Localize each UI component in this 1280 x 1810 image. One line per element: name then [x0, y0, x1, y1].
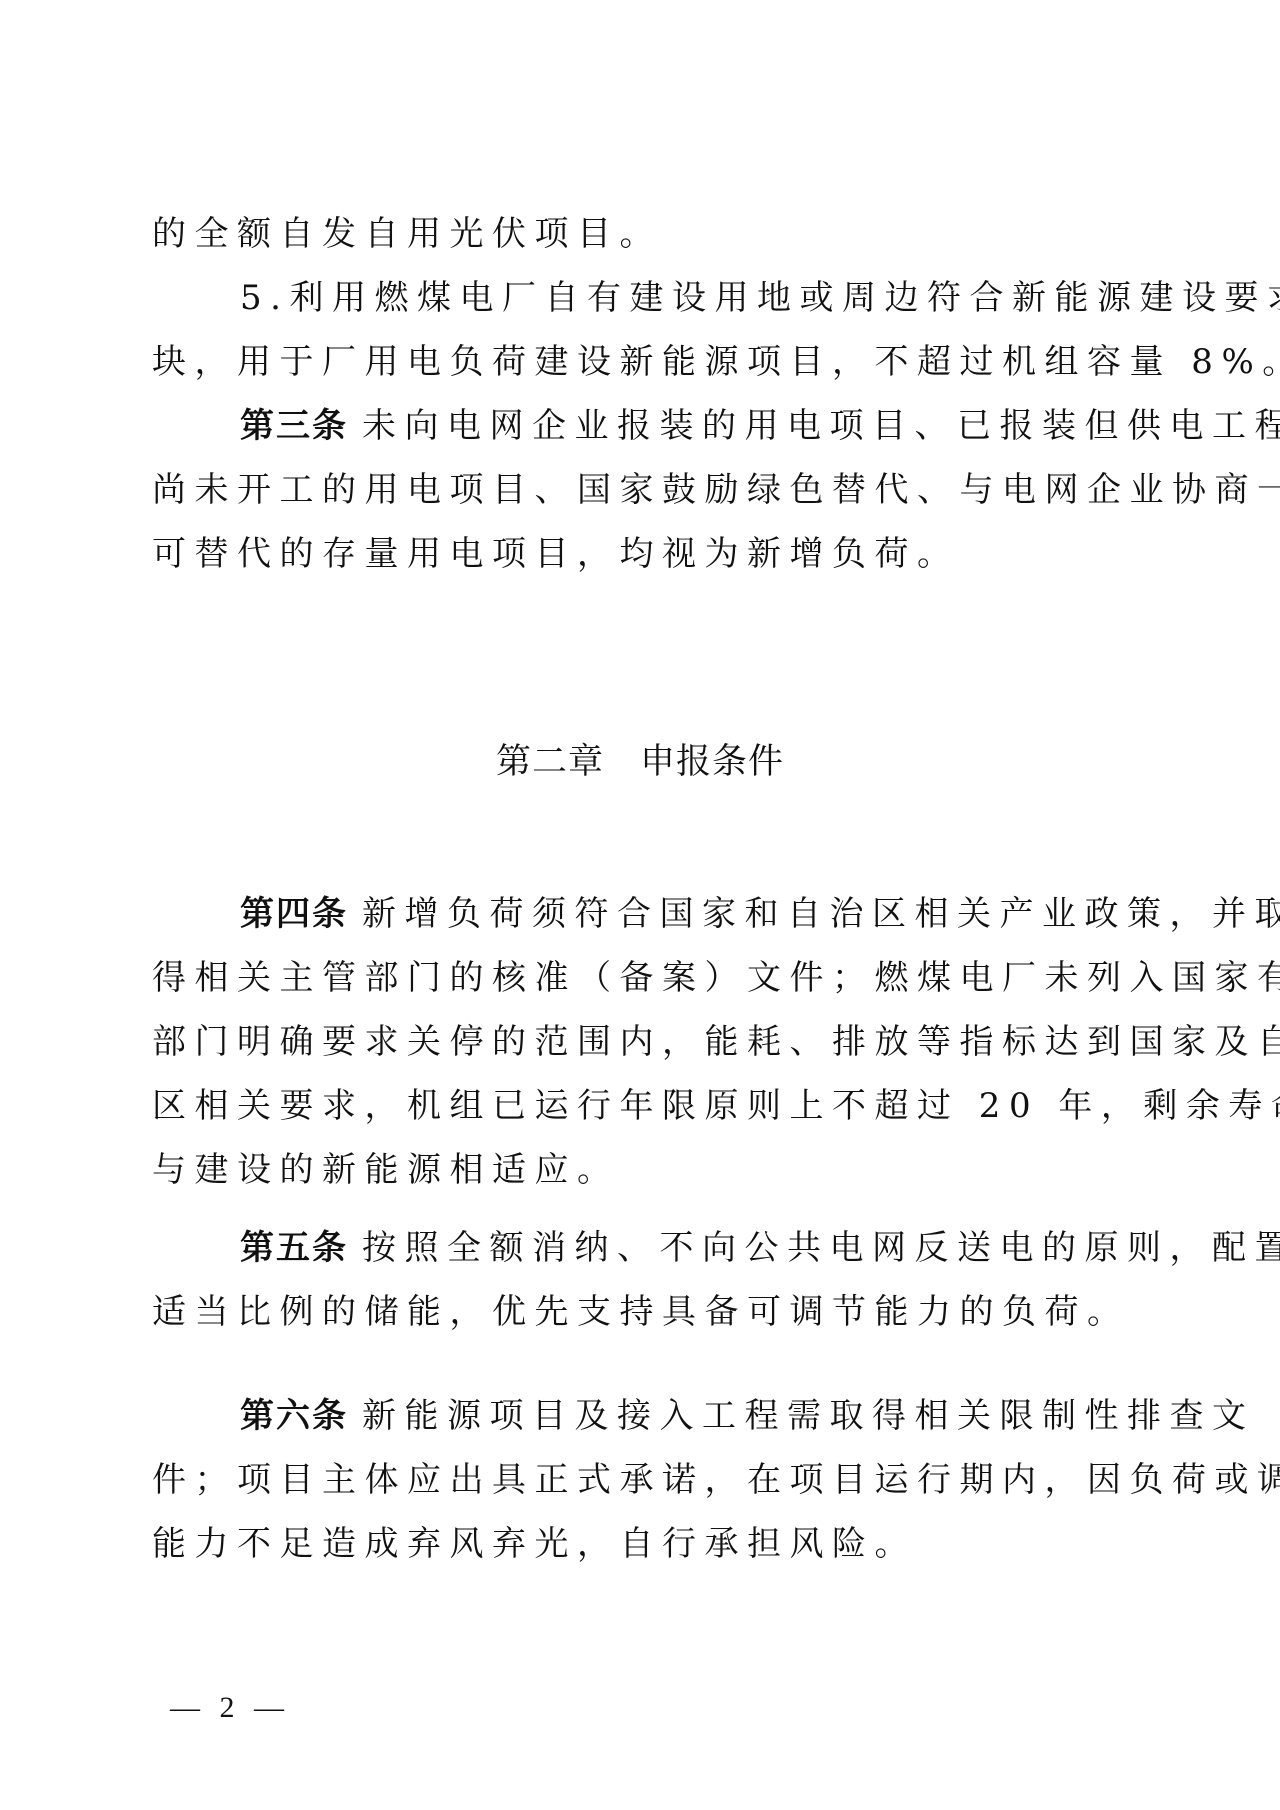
paragraph-line: 的全额自发自用光伏项目。 — [152, 212, 1124, 256]
article-6-line-1: 第六条新能源项目及接入工程需取得相关限制性排查文 — [240, 1394, 1124, 1438]
article-5-heading: 第五条 — [240, 1228, 348, 1268]
item-5-line-2: 块，用于厂用电负荷建设新能源项目，不超过机组容量 8%。 — [152, 340, 1124, 384]
document-page: 的全额自发自用光伏项目。 5.利用燃煤电厂自有建设用地或周边符合新能源建设要求地… — [0, 0, 1280, 1810]
article-4-line-3: 部门明确要求关停的范围内，能耗、排放等指标达到国家及自治 — [152, 1020, 1124, 1064]
article-3-line-2: 尚未开工的用电项目、国家鼓励绿色替代、与电网企业协商一致 — [152, 468, 1124, 512]
article-3-line-3: 可替代的存量用电项目，均视为新增负荷。 — [152, 532, 1124, 576]
article-4-line-1: 第四条新增负荷须符合国家和自治区相关产业政策，并取 — [240, 892, 1124, 936]
article-4-line-5: 与建设的新能源相适应。 — [152, 1148, 1124, 1192]
page-number: — 2 — — [170, 1690, 290, 1726]
article-3-text: 未向电网企业报装的用电项目、已报装但供电工程 — [362, 406, 1280, 446]
article-6-text: 新能源项目及接入工程需取得相关限制性排查文 — [362, 1396, 1255, 1436]
article-3-heading: 第三条 — [240, 406, 348, 446]
article-6-line-3: 能力不足造成弃风弃光，自行承担风险。 — [152, 1522, 1124, 1566]
article-4-line-2: 得相关主管部门的核准（备案）文件；燃煤电厂未列入国家有关 — [152, 956, 1124, 1000]
article-4-heading: 第四条 — [240, 894, 348, 934]
article-3-line-1: 第三条未向电网企业报装的用电项目、已报装但供电工程 — [240, 404, 1124, 448]
article-4-line-4: 区相关要求，机组已运行年限原则上不超过 20 年，剩余寿命应 — [152, 1084, 1124, 1128]
article-5-text: 按照全额消纳、不向公共电网反送电的原则，配置 — [362, 1228, 1280, 1268]
chapter-title: 申报条件 — [640, 742, 784, 782]
chapter-number: 第二章 — [496, 742, 604, 782]
article-5-line-2: 适当比例的储能，优先支持具备可调节能力的负荷。 — [152, 1290, 1124, 1334]
item-5-line-1: 5.利用燃煤电厂自有建设用地或周边符合新能源建设要求地 — [240, 276, 1124, 320]
article-6-line-2: 件；项目主体应出具正式承诺，在项目运行期内，因负荷或调峰 — [152, 1458, 1124, 1502]
article-4-text: 新增负荷须符合国家和自治区相关产业政策，并取 — [362, 894, 1280, 934]
article-5-line-1: 第五条按照全额消纳、不向公共电网反送电的原则，配置 — [240, 1226, 1124, 1270]
article-6-heading: 第六条 — [240, 1396, 348, 1436]
chapter-heading: 第二章申报条件 — [0, 740, 1280, 784]
